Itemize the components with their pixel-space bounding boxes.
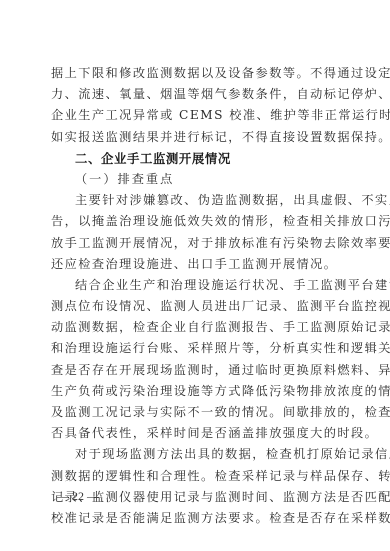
paragraph: 对于现场监测方法出具的数据，检查机打原始记录信息与监 测数据的逻辑性和合理性。检… xyxy=(51,444,341,529)
text-line: 测数据的逻辑性和合理性。检查采样记录与样品保存、转运接收 xyxy=(51,466,341,487)
text-line: 校准记录是否能满足监测方法要求。检查是否存在采样数量或采 xyxy=(51,508,341,529)
text-line: 生产负荷或污染治理设施等方式降低污染物排放浓度的情况，以 xyxy=(51,381,341,402)
subsection-heading: （一）排查重点 xyxy=(51,169,341,190)
section-heading: 二、企业手工监测开展情况 xyxy=(51,148,341,169)
paragraph-continued: 据上下限和修改监测数据以及设备参数等。不得通过设定静压压 力、流速、氧量、烟温等… xyxy=(51,63,341,148)
page-number: — 22 — xyxy=(57,489,99,504)
text-line: 查是否存在开展现场监测时，通过临时更换原料燃料、异常调整 xyxy=(51,360,341,381)
text-line: 还应检查治理设施进、出口手工监测开展情况。 xyxy=(51,254,341,275)
text-line: 主要针对涉嫌篡改、伪造监测数据，出具虚假、不实监测报 xyxy=(51,190,341,211)
text-line: 告，以掩盖治理设施低效失效的情形，检查相关排放口污染物排 xyxy=(51,211,341,232)
text-line: 动监测数据，检查企业自行监测报告、手工监测原始记录、生产 xyxy=(51,317,341,338)
text-line: 和治理设施运行台账、采样照片等，分析真实性和逻辑关系。检 xyxy=(51,338,341,359)
text-line: 否具备代表性，采样时间是否涵盖排放强度大的时段。 xyxy=(51,423,341,444)
text-line: 放手工监测开展情况，对于排放标准有污染物去除效率要求的， xyxy=(51,233,341,254)
text-line: 对于现场监测方法出具的数据，检查机打原始记录信息与监 xyxy=(51,444,341,465)
text-line: 结合企业生产和治理设施运行状况、手工监测平台建设及监 xyxy=(51,275,341,296)
document-page: 据上下限和修改监测数据以及设备参数等。不得通过设定静压压 力、流速、氧量、烟温等… xyxy=(51,63,341,529)
text-line: 据上下限和修改监测数据以及设备参数等。不得通过设定静压压 xyxy=(51,63,341,84)
paragraph: 结合企业生产和治理设施运行状况、手工监测平台建设及监 测点位布设情况、监测人员进… xyxy=(51,275,341,445)
paragraph: 主要针对涉嫌篡改、伪造监测数据，出具虚假、不实监测报 告，以掩盖治理设施低效失效… xyxy=(51,190,341,275)
text-line: 力、流速、氧量、烟温等烟气参数条件，自动标记停炉、焖炉等； xyxy=(51,84,341,105)
text-line: 企业生产工况异常或 CEMS 校准、维护等非正常运行时段，应 xyxy=(51,105,341,126)
text-line: 及监测工况记录与实际不一致的情况。间歇排放的，检查样品是 xyxy=(51,402,341,423)
text-line: 如实报送监测结果并进行标记，不得直接设置数据保持。 xyxy=(51,127,341,148)
text-line: 测点位布设情况、监测人员进出厂记录、监测平台监控视频、自 xyxy=(51,296,341,317)
